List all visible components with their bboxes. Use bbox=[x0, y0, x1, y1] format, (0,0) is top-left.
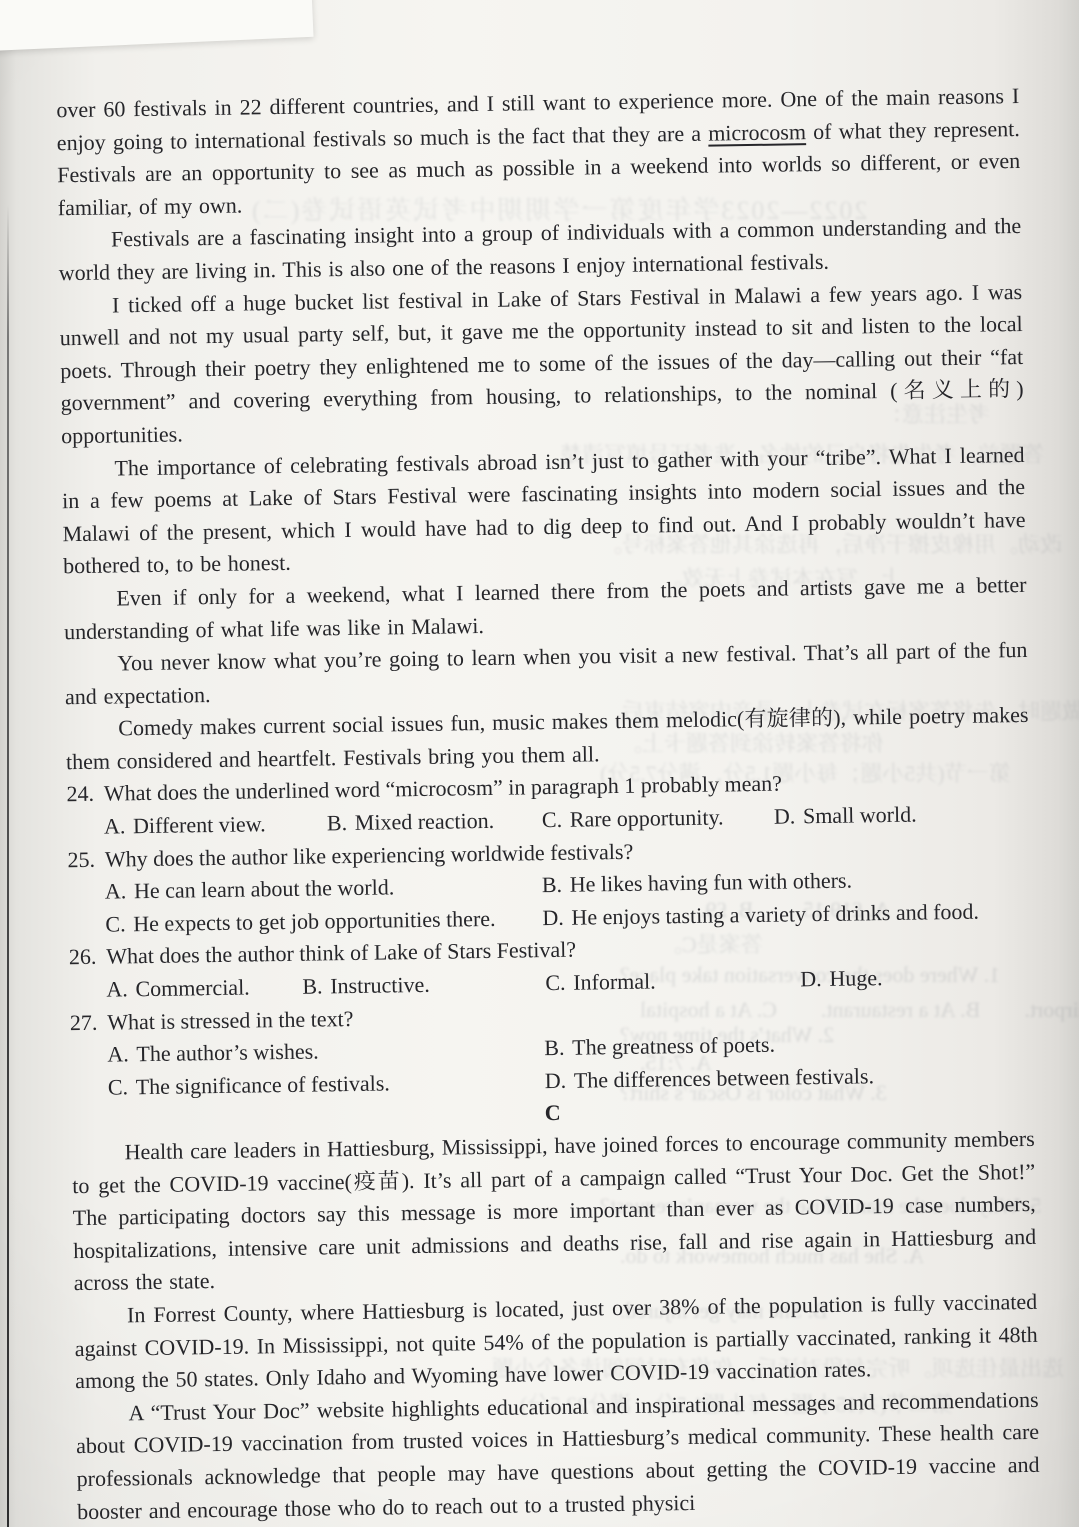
option-label: B. bbox=[302, 973, 323, 998]
option-label: C. bbox=[542, 807, 563, 832]
option-26-a: A.Commercial. bbox=[106, 971, 302, 1006]
option-text: Different view. bbox=[133, 811, 266, 838]
option-label: A. bbox=[107, 1042, 129, 1067]
option-text: Informal. bbox=[573, 969, 656, 995]
page-spine-edge bbox=[7, 205, 9, 1527]
option-text: Rare opportunity. bbox=[570, 805, 724, 832]
passage-c-paragraph-2: In Forrest County, where Hattiesburg is … bbox=[74, 1286, 1038, 1398]
option-27-d: D.The differences between festivals. bbox=[545, 1060, 875, 1097]
option-label: D. bbox=[800, 966, 822, 991]
option-26-c: C.Informal. bbox=[545, 963, 800, 999]
option-text: The differences between festivals. bbox=[574, 1063, 874, 1092]
option-27-b: B.The greatness of poets. bbox=[544, 1029, 775, 1065]
option-text: He expects to get job opportunities ther… bbox=[133, 906, 496, 936]
option-text: Mixed reaction. bbox=[355, 808, 495, 835]
question-number: 27. bbox=[70, 1006, 98, 1039]
option-text: The author’s wishes. bbox=[136, 1039, 319, 1067]
option-label: B. bbox=[327, 810, 348, 835]
passage-c-paragraph-3: A “Trust Your Doc” website highlights ed… bbox=[75, 1384, 1040, 1527]
question-number: 24. bbox=[66, 778, 94, 811]
option-25-d: D.He enjoys tasting a variety of drinks … bbox=[542, 896, 979, 935]
option-label: A. bbox=[104, 813, 126, 838]
option-label: A. bbox=[106, 976, 128, 1001]
underlined-word-microcosm: microcosm bbox=[708, 119, 806, 145]
option-24-b: B.Mixed reaction. bbox=[327, 804, 542, 840]
option-label: A. bbox=[105, 879, 127, 904]
exam-page-photo: 2022—2023学年度第一学期期中考试英语试卷(二) 考生注意： 答题前，考生… bbox=[0, 0, 1079, 1527]
option-text: Huge. bbox=[829, 965, 883, 991]
option-label: B. bbox=[544, 1035, 565, 1060]
option-label: D. bbox=[545, 1068, 567, 1093]
page-corner-highlight bbox=[0, 0, 314, 51]
option-label: D. bbox=[774, 803, 796, 828]
option-text: Instructive. bbox=[330, 972, 430, 998]
option-text: The greatness of poets. bbox=[572, 1032, 775, 1060]
option-24-c: C.Rare opportunity. bbox=[542, 801, 774, 837]
option-25-b: B.He likes having fun with others. bbox=[542, 865, 853, 902]
option-text: He can learn about the world. bbox=[134, 875, 395, 904]
passage-b-paragraph-1: over 60 festivals in 22 different countr… bbox=[56, 80, 1021, 225]
option-27-c: C.The significance of festivals. bbox=[108, 1065, 545, 1104]
option-label: C. bbox=[108, 1074, 129, 1099]
question-stem: What does the author think of Lake of St… bbox=[106, 937, 576, 969]
question-stem: What is stressed in the text? bbox=[107, 1006, 354, 1035]
option-24-a: A.Different view. bbox=[104, 807, 327, 843]
question-stem: What does the underlined word “microcosm… bbox=[104, 771, 782, 806]
option-text: The significance of festivals. bbox=[136, 1070, 390, 1099]
option-text: Small world. bbox=[803, 802, 917, 829]
printed-text-block: over 60 festivals in 22 different countr… bbox=[56, 80, 1040, 1527]
passage-b-paragraph-3: I ticked off a huge bucket list festival… bbox=[59, 276, 1024, 453]
option-24-d: D.Small world. bbox=[774, 799, 917, 834]
question-stem: Why does the author like experiencing wo… bbox=[105, 838, 634, 871]
question-number: 26. bbox=[69, 941, 97, 974]
option-label: D. bbox=[542, 905, 564, 930]
question-number: 25. bbox=[67, 843, 95, 876]
option-26-b: B.Instructive. bbox=[302, 967, 545, 1003]
option-text: Commercial. bbox=[135, 975, 250, 1002]
passage-b-paragraph-4: The importance of celebrating festivals … bbox=[61, 438, 1026, 583]
option-text: He enjoys tasting a variety of drinks an… bbox=[571, 899, 979, 930]
option-label: B. bbox=[542, 872, 563, 897]
option-26-d: D.Huge. bbox=[800, 962, 883, 996]
option-label: C. bbox=[105, 911, 126, 936]
option-label: C. bbox=[545, 970, 566, 995]
passage-c-paragraph-1: Health care leaders in Hattiesburg, Miss… bbox=[72, 1123, 1037, 1300]
option-text: He likes having fun with others. bbox=[570, 868, 853, 897]
